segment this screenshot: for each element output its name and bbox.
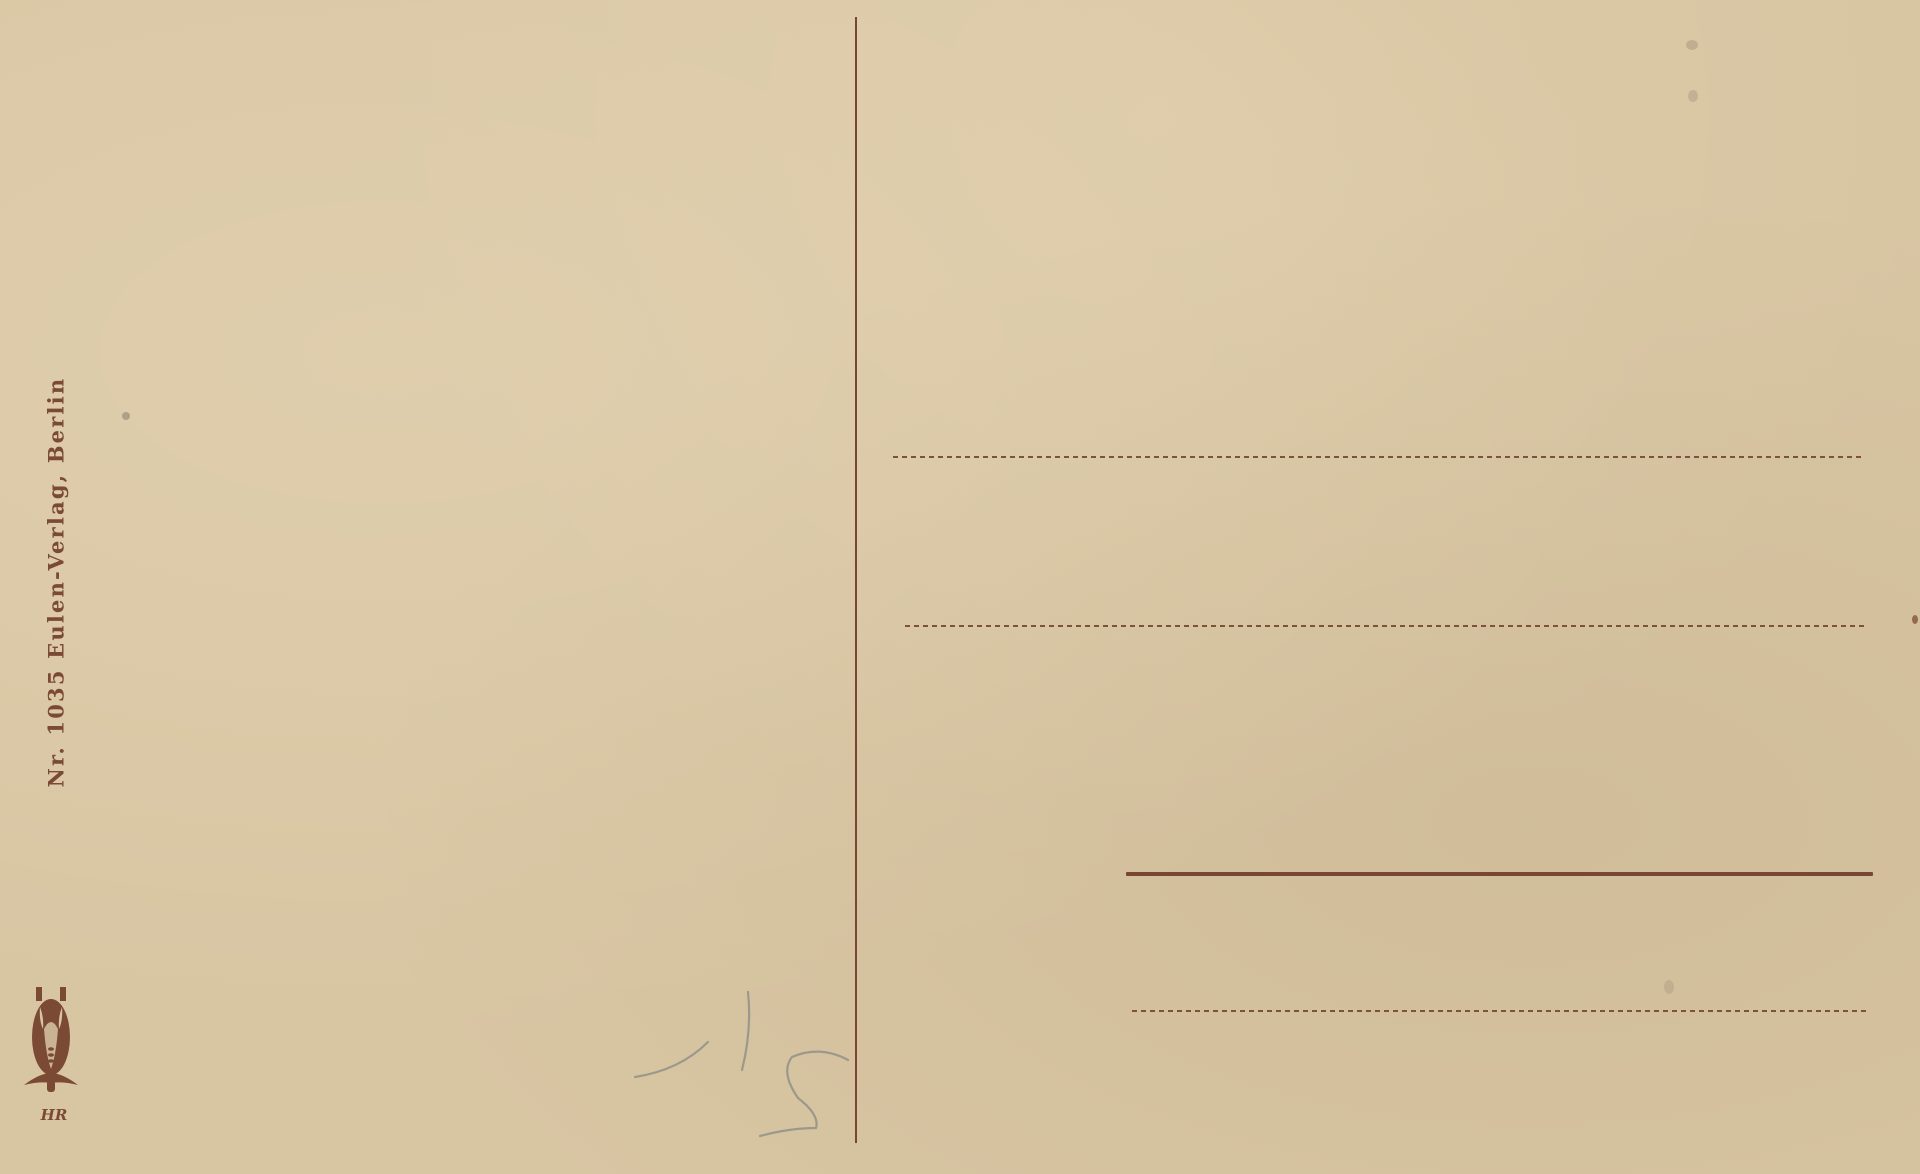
stamp-residue (1664, 980, 1674, 994)
stamp-residue (1688, 90, 1698, 102)
owl-icon (22, 985, 80, 1101)
paper-speck (1912, 615, 1918, 624)
address-line-solid (1126, 872, 1873, 876)
publisher-imprint: Nr. 1035 Eulen-Verlag, Berlin (44, 377, 69, 788)
paper-speck (122, 412, 130, 420)
message-address-divider (855, 17, 857, 1143)
publisher-monogram: HR (36, 1104, 72, 1126)
address-line-1 (893, 456, 1865, 458)
pencil-annotation-marks (620, 990, 860, 1140)
stamp-residue (1686, 40, 1698, 50)
address-line-3 (1132, 1010, 1870, 1012)
address-line-2 (905, 625, 1867, 627)
